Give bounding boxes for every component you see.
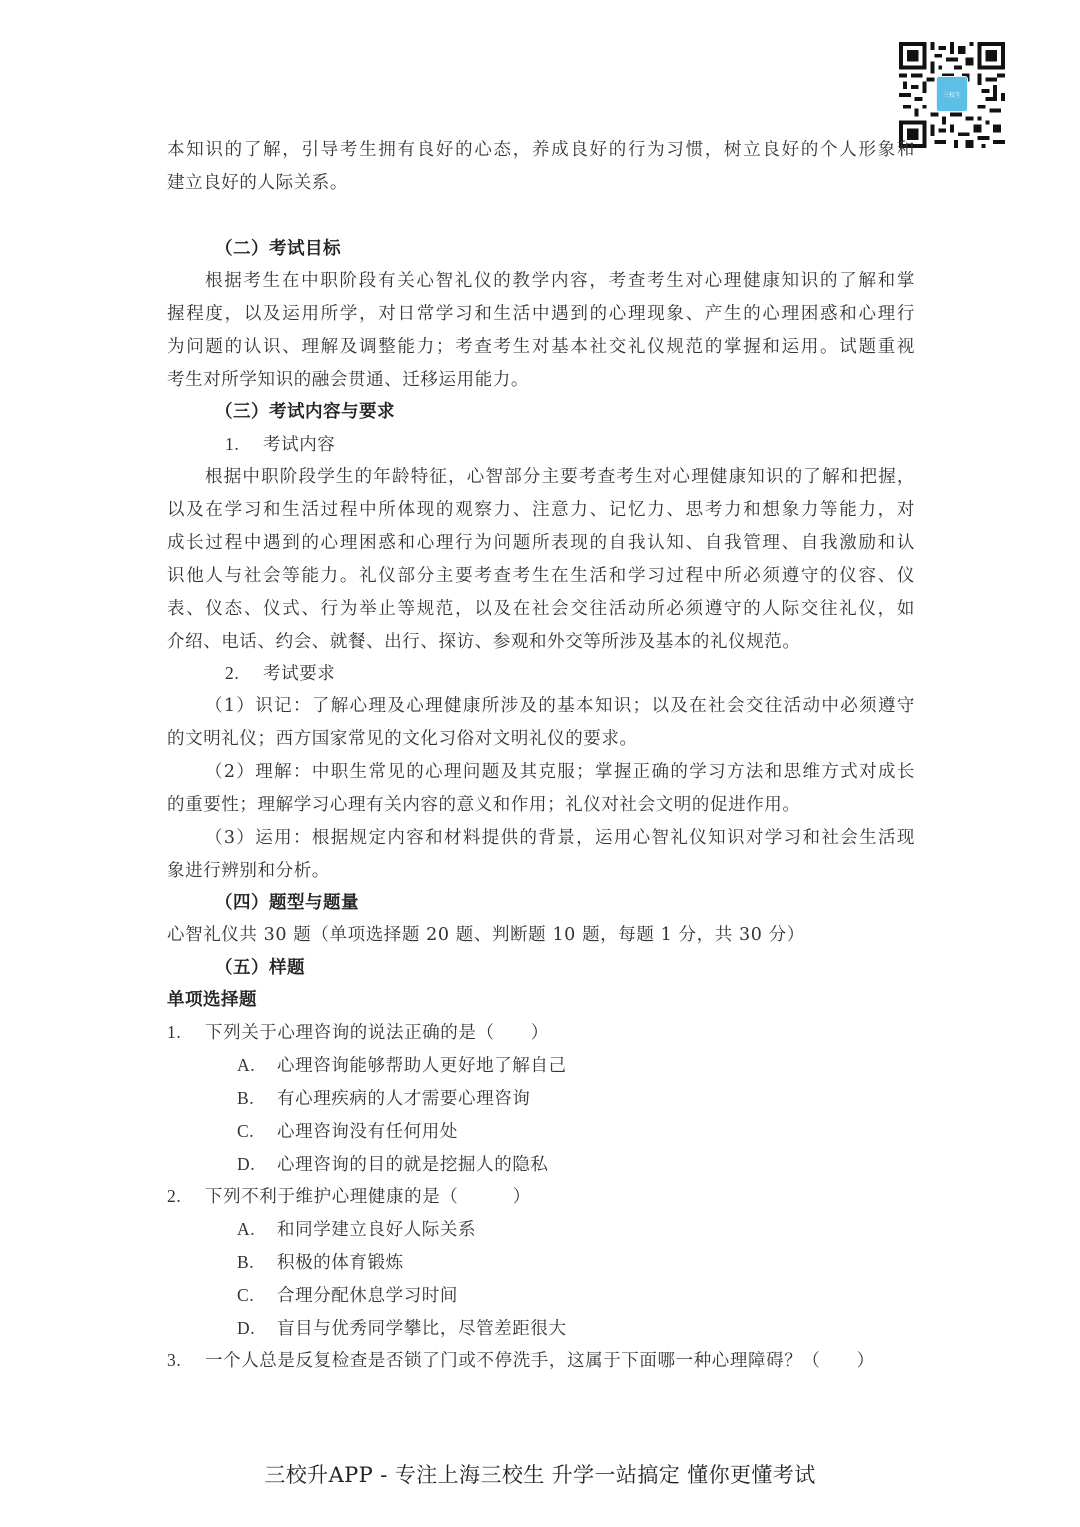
option-text: 和同学建立良好人际关系 (277, 1220, 476, 1240)
page-footer-slogan: 三校升APP - 专注上海三校生 升学一站搞定 懂你更懂考试 (0, 1462, 1080, 1488)
option-letter: C. (237, 1284, 277, 1306)
option-letter: C. (237, 1120, 277, 1142)
option-letter: D. (237, 1153, 277, 1175)
option-text: 有心理疾病的人才需要心理咨询 (277, 1089, 530, 1109)
paragraph-line: 介绍、电话、约会、就餐、出行、探访、参观和外交等所涉及基本的礼仪规范。 (167, 631, 915, 653)
option-b: B.积极的体育锻炼 (237, 1251, 837, 1274)
option-text: 积极的体育锻炼 (277, 1253, 404, 1273)
document-page: 三校生 本知识的了解，引导考生拥有良好的心态，养成良好的行为习惯，树立良好的个人… (0, 0, 1080, 1527)
option-b: B.有心理疾病的人才需要心理咨询 (237, 1087, 837, 1110)
option-text: 盲目与优秀同学攀比，尽管差距很大 (277, 1319, 567, 1339)
section-heading-exam-goals: （二）考试目标 (215, 238, 915, 260)
paragraph-line: 考生对所学知识的融会贯通、迁移运用能力。 (167, 369, 915, 391)
app-logo-text: 三校生 (943, 90, 961, 99)
option-d: D.心理咨询的目的就是挖掘人的隐私 (237, 1153, 837, 1176)
section-heading-sample-questions: （五）样题 (215, 957, 915, 979)
paragraph-line: 以及在学习和生活过程中所体现的观察力、注意力、记忆力、思考力和想象力等能力，对 (167, 499, 915, 521)
option-c: C.心理咨询没有任何用处 (237, 1120, 837, 1143)
option-text: 合理分配休息学习时间 (277, 1286, 458, 1306)
paragraph-line: 根据考生在中职阶段有关心智礼仪的教学内容，考查考生对心理健康知识的了解和掌 (205, 270, 915, 292)
option-a: A.和同学建立良好人际关系 (237, 1218, 837, 1241)
question-1: 1.下列关于心理咨询的说法正确的是（ ） (167, 1021, 915, 1044)
section-heading-question-types: （四）题型与题量 (215, 892, 915, 914)
requirement-line: （1）识记：了解心理及心理健康所涉及的基本知识；以及在社会交往活动中必须遵守 (205, 695, 915, 717)
requirement-line: 的重要性；理解学习心理有关内容的意义和作用；礼仪对社会文明的促进作用。 (167, 794, 915, 816)
option-c: C.合理分配休息学习时间 (237, 1284, 837, 1307)
subsection-label: 考试内容 (263, 435, 335, 455)
option-letter: B. (237, 1251, 277, 1273)
paragraph-line: 识他人与社会等能力。礼仪部分主要考查考生在生活和学习过程中所必须遵守的仪容、仪 (167, 565, 915, 587)
paragraph-line: 表、仪态、仪式、行为举止等规范，以及在社会交往活动所必须遵守的人际交往礼仪，如 (167, 598, 915, 620)
requirement-line: 的文明礼仪；西方国家常见的文化习俗对文明礼仪的要求。 (167, 728, 915, 750)
option-letter: A. (237, 1218, 277, 1240)
qr-code[interactable]: 三校生 (898, 42, 1006, 148)
option-letter: B. (237, 1087, 277, 1109)
option-text: 心理咨询的目的就是挖掘人的隐私 (277, 1155, 549, 1175)
question-number: 2. (167, 1185, 205, 1207)
question-number: 1. (167, 1021, 205, 1043)
requirement-line: （3）运用：根据规定内容和材料提供的背景，运用心智礼仪知识对学习和社会生活现 (205, 827, 915, 849)
option-a: A.心理咨询能够帮助人更好地了解自己 (237, 1054, 837, 1077)
subsection-title-content: 1.考试内容 (225, 433, 973, 456)
option-letter: A. (237, 1054, 277, 1076)
subsection-number: 2. (225, 662, 263, 684)
requirement-line: 象进行辨别和分析。 (167, 860, 915, 882)
question-3: 3.一个人总是反复检查是否锁了门或不停洗手，这属于下面哪一种心理障碍？（ ） (167, 1349, 915, 1372)
question-type-heading: 单项选择题 (167, 989, 915, 1011)
question-count-text: 心智礼仪共 30 题（单项选择题 20 题、判断题 10 题，每题 1 分，共 … (167, 924, 915, 946)
option-d: D.盲目与优秀同学攀比，尽管差距很大 (237, 1317, 837, 1340)
paragraph-line: 握程度，以及运用所学，对日常学习和生活中遇到的心理现象、产生的心理困惑和心理行 (167, 303, 915, 325)
paragraph-line: 为问题的认识、理解及调整能力；考查考生对基本社交礼仪规范的掌握和运用。试题重视 (167, 336, 915, 358)
subsection-title-requirements: 2.考试要求 (225, 662, 973, 685)
subsection-number: 1. (225, 433, 263, 455)
question-stem: 下列关于心理咨询的说法正确的是（ ） (205, 1023, 549, 1043)
option-letter: D. (237, 1317, 277, 1339)
requirement-line: （2）理解：中职生常见的心理问题及其克服；掌握正确的学习方法和思维方式对成长 (205, 761, 915, 783)
question-2: 2.下列不利于维护心理健康的是（ ） (167, 1185, 915, 1208)
paragraph-line: 根据中职阶段学生的年龄特征，心智部分主要考查考生对心理健康知识的了解和把握， (205, 466, 915, 488)
app-logo-icon: 三校生 (936, 76, 968, 112)
option-text: 心理咨询能够帮助人更好地了解自己 (277, 1056, 567, 1076)
question-stem: 一个人总是反复检查是否锁了门或不停洗手，这属于下面哪一种心理障碍？（ ） (205, 1351, 875, 1371)
paragraph-line: 成长过程中遇到的心理困惑和心理行为问题所表现的自我认知、自我管理、自我激励和认 (167, 532, 915, 554)
section-heading-exam-content: （三）考试内容与要求 (215, 401, 915, 423)
intro-line-1: 本知识的了解，引导考生拥有良好的心态，养成良好的行为习惯，树立良好的个人形象和 (167, 139, 915, 161)
question-stem: 下列不利于维护心理健康的是（ ） (205, 1187, 531, 1207)
intro-line-2: 建立良好的人际关系。 (167, 172, 915, 194)
subsection-label: 考试要求 (263, 664, 335, 684)
option-text: 心理咨询没有任何用处 (277, 1122, 458, 1142)
question-number: 3. (167, 1349, 205, 1371)
